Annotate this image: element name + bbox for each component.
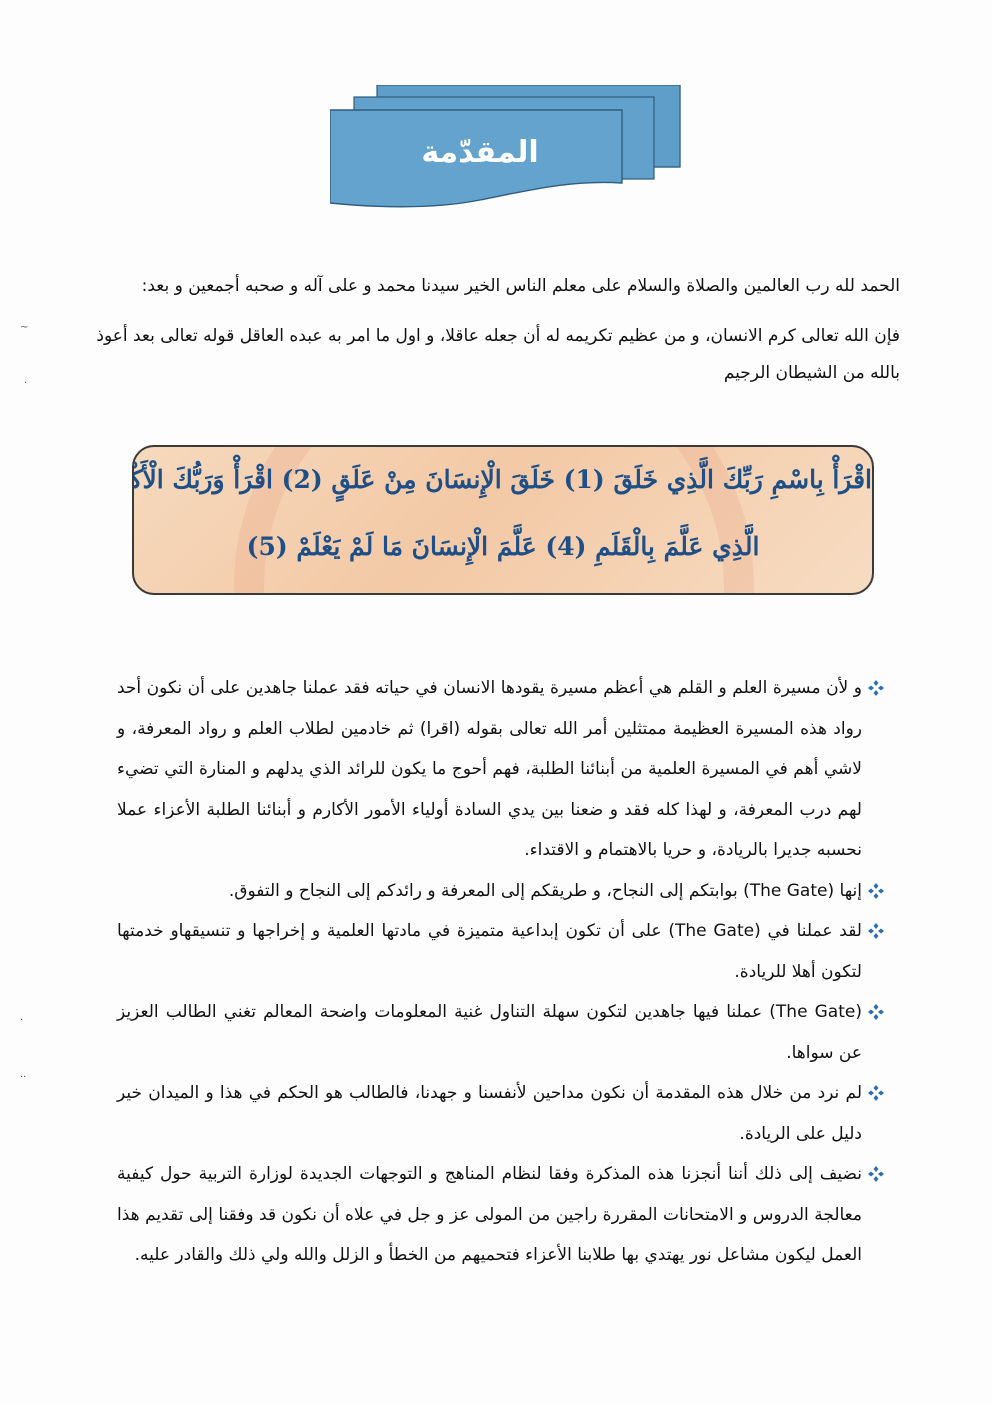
diamond-bullet-icon xyxy=(866,1083,886,1103)
list-item: لقد عملنا في (The Gate) على أن تكون إبدا… xyxy=(117,911,886,992)
scan-artifact: ·· xyxy=(20,1072,26,1083)
list-item: إنها (The Gate) بوابتكم إلى النجاح، و طر… xyxy=(117,871,886,912)
diamond-bullet-icon xyxy=(866,1164,886,1184)
diamond-bullet-icon xyxy=(866,678,886,698)
bullet-text: نضيف إلى ذلك أننا أنجزنا هذه المذكرة وفق… xyxy=(117,1154,862,1276)
diamond-bullet-icon xyxy=(866,881,886,901)
list-item: نضيف إلى ذلك أننا أنجزنا هذه المذكرة وفق… xyxy=(117,1154,886,1276)
diamond-bullet-icon xyxy=(866,921,886,941)
intro-bullet-list: و لأن مسيرة العلم و القلم هي أعظم مسيرة … xyxy=(117,668,862,1276)
scan-artifact: · xyxy=(20,1015,23,1026)
quran-verses-box: اقْرَأْ بِاسْمِ رَبِّكَ الَّذِي خَلَقَ (… xyxy=(132,445,874,595)
list-item: لم نرد من خلال هذه المقدمة أن نكون مداحي… xyxy=(117,1073,886,1154)
bullet-text: إنها (The Gate) بوابتكم إلى النجاح، و طر… xyxy=(117,871,862,912)
title-banner: المقدّمة xyxy=(330,85,685,215)
page-title: المقدّمة xyxy=(330,135,630,170)
bullet-text: لم نرد من خلال هذه المقدمة أن نكون مداحي… xyxy=(117,1073,862,1154)
bullet-text: لقد عملنا في (The Gate) على أن تكون إبدا… xyxy=(117,911,862,992)
scan-artifact: · xyxy=(24,378,27,389)
list-item: (The Gate) عملنا فيها جاهدين لتكون سهلة … xyxy=(117,992,886,1073)
intro-paragraph-1: الحمد لله رب العالمين والصلاة والسلام عل… xyxy=(90,268,900,305)
scan-artifact: ~ xyxy=(20,322,28,333)
diamond-bullet-icon xyxy=(866,1002,886,1022)
quran-verse-line-2: الَّذِي عَلَّمَ بِالْقَلَمِ (4) عَلَّمَ … xyxy=(134,532,872,561)
quran-verse-line-1: اقْرَأْ بِاسْمِ رَبِّكَ الَّذِي خَلَقَ (… xyxy=(134,465,872,494)
intro-paragraph-2: فإن الله تعالى كرم الانسان، و من عظيم تك… xyxy=(90,318,900,392)
list-item: و لأن مسيرة العلم و القلم هي أعظم مسيرة … xyxy=(117,668,886,871)
bullet-text: و لأن مسيرة العلم و القلم هي أعظم مسيرة … xyxy=(117,668,862,871)
document-page: المقدّمة الحمد لله رب العالمين والصلاة و… xyxy=(0,0,992,1403)
bullet-text: (The Gate) عملنا فيها جاهدين لتكون سهلة … xyxy=(117,992,862,1073)
